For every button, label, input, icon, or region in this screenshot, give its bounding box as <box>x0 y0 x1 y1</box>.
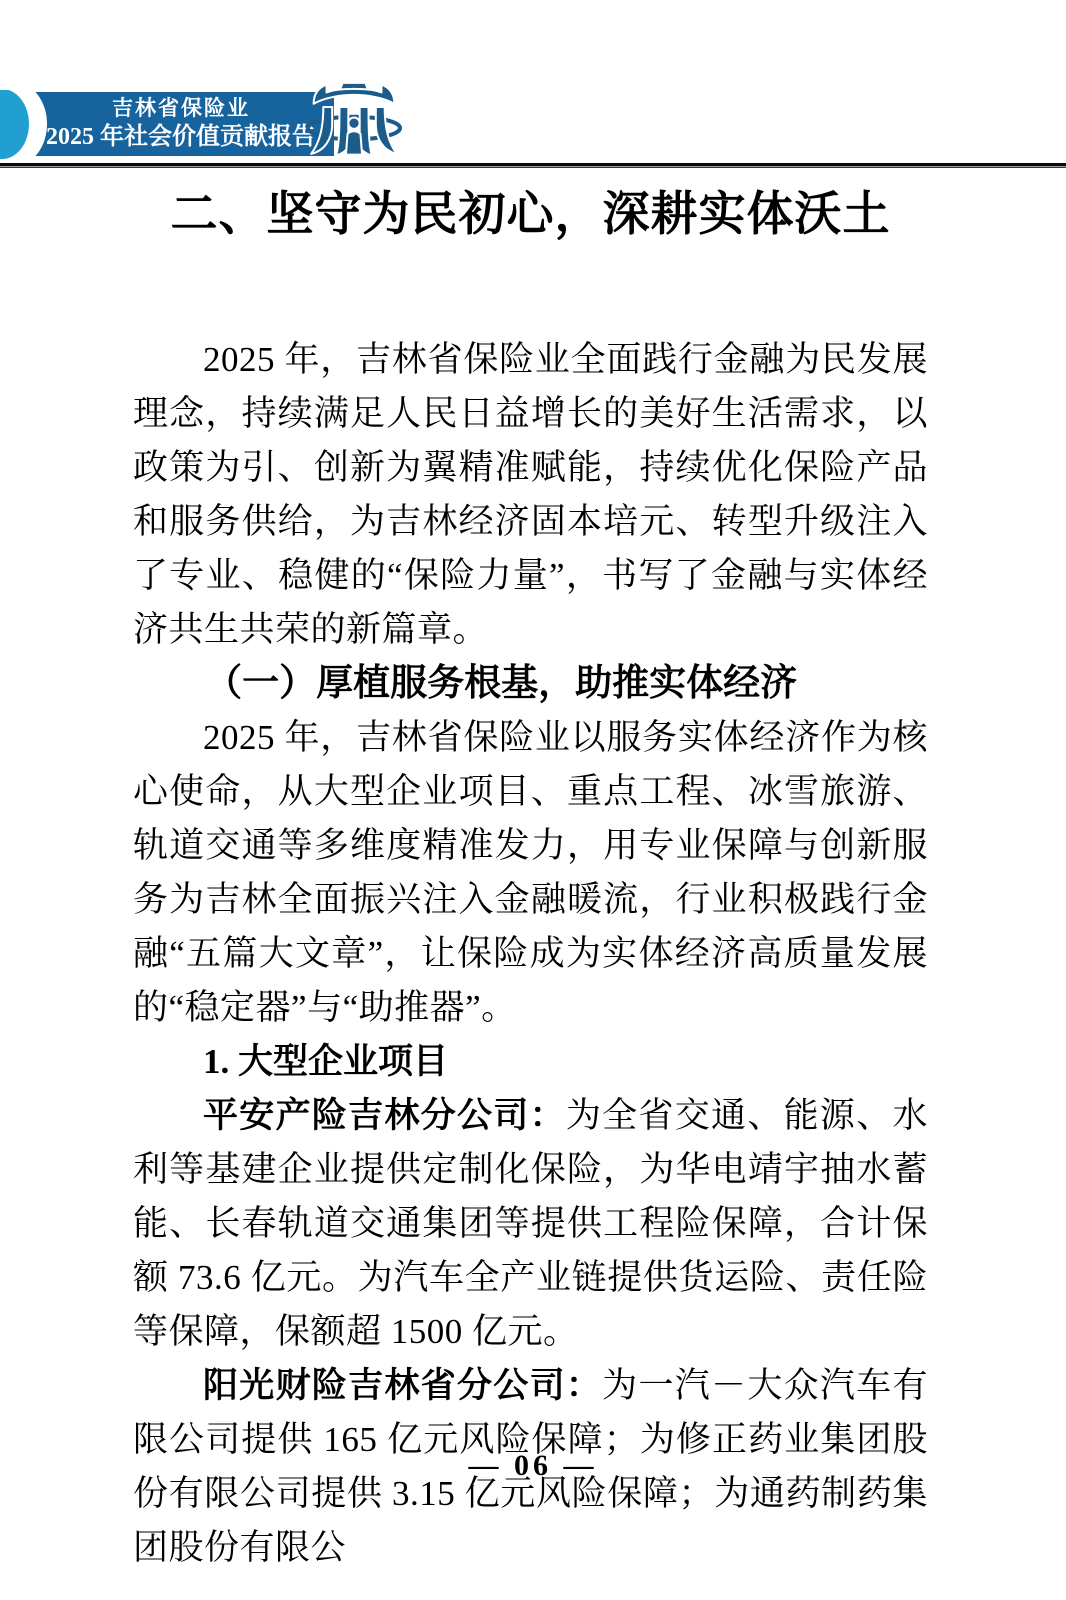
section-paragraph: 2025 年，吉林省保险业以服务实体经济作为核心使命，从大型企业项目、重点工程、… <box>133 711 928 1035</box>
document-body: 二、坚守为民初心，深耕实体沃土 2025 年，吉林省保险业全面践行金融为民发展理… <box>133 0 928 1575</box>
page-number: — 06 — <box>469 1448 598 1484</box>
yangguang-company-label: 阳光财险吉林省分公司： <box>203 1366 602 1405</box>
subsection-heading: 1. 大型企业项目 <box>133 1035 928 1089</box>
pingan-company-label: 平安产险吉林分公司： <box>203 1096 566 1135</box>
intro-paragraph: 2025 年，吉林省保险业全面践行金融为民发展理念，持续满足人民日益增长的美好生… <box>133 333 928 657</box>
page-footer: — 06 — <box>0 1448 1066 1484</box>
page-title: 二、坚守为民初心，深耕实体沃土 <box>133 185 928 245</box>
pingan-paragraph: 平安产险吉林分公司：为全省交通、能源、水利等基建企业提供定制化保险，为华电靖宇抽… <box>133 1089 928 1359</box>
section-heading: （一）厚植服务根基，助推实体经济 <box>133 657 928 711</box>
report-page: 吉林省保险业 2025 年社会价值贡献报告 二、坚守为民初心，深耕实体沃土 20… <box>0 0 1066 1600</box>
